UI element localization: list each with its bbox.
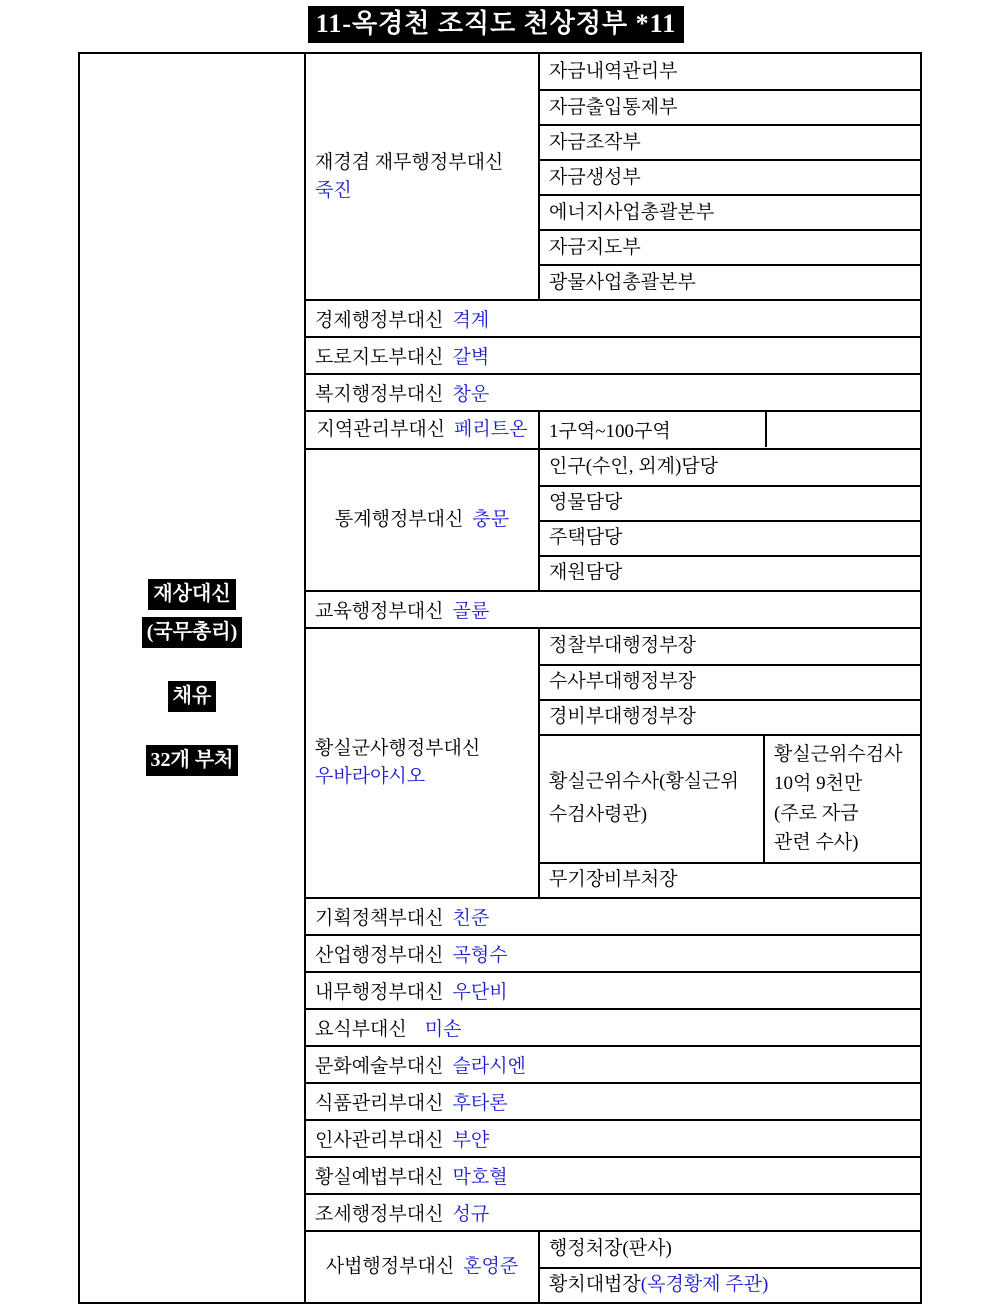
section-personnel: 인사관리부대신 부얀 [306,1119,920,1156]
ministry-count: 32개 부처 [146,745,239,776]
title-bar: 11-옥경천 조직도 천상정부 *11 [0,6,992,43]
dept-cell: 자금출입통제부 [540,89,920,124]
minister-cell: 도로지도부대신 갈벽 [306,338,920,373]
dept-cell: 무기장비부처장 [540,862,920,897]
minister-title: 사법행정부대신 [326,1253,454,1281]
minister-name: 슬라시엔 [452,1051,525,1078]
minister-title: 교육행정부대신 [315,596,443,623]
page-title: 11-옥경천 조직도 천상정부 *11 [308,6,684,43]
minister-name: 골륜 [452,596,489,623]
minister-cell: 조세행정부대신 성규 [306,1195,920,1230]
minister-name: 막호혈 [452,1162,507,1189]
minister-name: 죽진 [315,177,529,205]
minister-title: 조세행정부대신 [315,1199,443,1226]
minister-cell: 통계행정부대신 충문 [306,450,540,590]
dept-stack: 인구(수인, 외계)담당 영물담당 주택담당 재원담당 [540,450,920,590]
dept-label: 황치대법장 [549,1272,641,1298]
dept-cell: 행정처장(판사) [540,1232,920,1267]
minister-cell: 황실군사행정부대신 우바라야시오 [306,629,540,897]
minister-title: 도로지도부대신 [315,342,443,369]
minister-name: 혼영준 [463,1253,518,1281]
minister-title: 경제행정부대신 [315,305,443,332]
minister-name: 페리트온 [454,416,527,444]
investigation-row: 황실근위수사(황실근위수검사령관) 황실근위수검사 10억 9천만 (주로 자금… [540,734,920,862]
minister-cell: 복지행정부대신 창운 [306,375,920,410]
minister-cell: 내무행정부대신 우단비 [306,973,920,1008]
dept-cell: 주택담당 [540,520,920,555]
minister-title: 요식부대신 [315,1014,407,1041]
minister-name: 창운 [452,379,489,406]
dept-stack: 자금내역관리부 자금출입통제부 자금조작부 자금생성부 에너지사업총괄본부 자금… [540,54,920,299]
dept-cell: 자금생성부 [540,159,920,194]
dept-stack: 행정처장(판사) 황치대법장(옥경황제 주관) [540,1232,920,1302]
chancellor-cell: 재상대신 (국무총리) 채유 32개 부처 [80,54,306,1302]
section-education: 교육행정부대신 골륜 [306,590,920,627]
dept-cell: 광물사업총괄본부 [540,264,920,299]
minister-cell: 재경겸 재무행정부대신 죽진 [306,54,540,299]
ministries-column: 재경겸 재무행정부대신 죽진 자금내역관리부 자금출입통제부 자금조작부 자금생… [306,54,920,1302]
minister-name: 곡형수 [452,940,507,967]
section-interior: 내무행정부대신 우단비 [306,971,920,1008]
minister-name: 갈벽 [452,342,489,369]
minister-name: 친준 [452,903,489,930]
minister-name: 후타론 [452,1088,507,1115]
minister-cell: 요식부대신 미손 [306,1010,920,1045]
section-welfare: 복지행정부대신 창운 [306,373,920,410]
minister-cell: 사법행정부대신 혼영준 [306,1232,540,1302]
section-imperial-military: 황실군사행정부대신 우바라야시오 정찰부대행정부장 수사부대행정부장 경비부대행… [306,627,920,897]
minister-name: 성규 [452,1199,489,1226]
section-judicial: 사법행정부대신 혼영준 행정처장(판사) 황치대법장(옥경황제 주관) [306,1230,920,1302]
minister-name: 우바라야시오 [315,763,529,791]
minister-cell: 문화예술부대신 슬라시엔 [306,1047,920,1082]
minister-name: 부얀 [452,1125,489,1152]
zone-range-cell: 1구역~100구역 [540,412,767,447]
minister-cell: 교육행정부대신 골륜 [306,592,920,627]
minister-title: 황실군사행정부대신 [315,735,529,763]
dept-cell: 자금내역관리부 [540,54,920,89]
section-statistics: 통계행정부대신 충문 인구(수인, 외계)담당 영물담당 주택담당 재원담당 [306,448,920,590]
minister-cell: 인사관리부대신 부얀 [306,1121,920,1156]
minister-title: 재경겸 재무행정부대신 [315,149,529,177]
section-culture-arts: 문화예술부대신 슬라시엔 [306,1045,920,1082]
dept-cell: 수사부대행정부장 [540,664,920,699]
minister-cell: 지역관리부대신 페리트온 [306,412,540,448]
minister-cell: 식품관리부대신 후타론 [306,1084,920,1119]
section-planning: 기획정책부대신 친준 [306,897,920,934]
minister-title: 복지행정부대신 [315,379,443,406]
section-finance: 재경겸 재무행정부대신 죽진 자금내역관리부 자금출입통제부 자금조작부 자금생… [306,54,920,299]
dept-cell: 경비부대행정부장 [540,699,920,734]
dept-label-note: (옥경황제 주관) [641,1272,769,1298]
section-economy: 경제행정부대신 격계 [306,299,920,336]
investigation-note: 황실근위수검사 10억 9천만 (주로 자금 관련 수사) [774,740,902,858]
minister-title: 내무행정부대신 [315,977,443,1004]
dept-cell: 황치대법장(옥경황제 주관) [540,1267,920,1302]
minister-title: 황실예법부대신 [315,1162,443,1189]
dept-cell: 자금지도부 [540,229,920,264]
section-imperial-etiquette: 황실예법부대신 막호혈 [306,1156,920,1193]
investigation-note-cell: 황실근위수검사 10억 9천만 (주로 자금 관련 수사) [765,736,920,862]
dept-stack: 정찰부대행정부장 수사부대행정부장 경비부대행정부장 황실근위수사(황실근위수검… [540,629,920,897]
minister-title: 문화예술부대신 [315,1051,443,1078]
minister-title: 산업행정부대신 [315,940,443,967]
minister-cell: 황실예법부대신 막호혈 [306,1158,920,1193]
minister-title: 인사관리부대신 [315,1125,443,1152]
section-regions: 지역관리부대신 페리트온 1구역~100구역 [306,410,920,448]
section-taxation: 조세행정부대신 성규 [306,1193,920,1230]
empty-cell [767,412,920,448]
minister-cell: 경제행정부대신 격계 [306,301,920,336]
section-industry: 산업행정부대신 곡형수 [306,934,920,971]
minister-name: 격계 [452,305,489,332]
chancellor-title: 재상대신 [148,579,235,610]
chancellor-name: 채유 [168,681,217,712]
section-roads: 도로지도부대신 갈벽 [306,336,920,373]
dept-cell: 자금조작부 [540,124,920,159]
minister-title: 식품관리부대신 [315,1088,443,1115]
minister-title: 지역관리부대신 [317,416,445,444]
minister-cell: 산업행정부대신 곡형수 [306,936,920,971]
dept-cell: 인구(수인, 외계)담당 [540,450,920,485]
minister-title: 통계행정부대신 [335,506,463,534]
section-food-management: 식품관리부대신 후타론 [306,1082,920,1119]
dept-cell: 에너지사업총괄본부 [540,194,920,229]
chancellor-subtitle: (국무총리) [142,617,243,648]
investigation-cell: 황실근위수사(황실근위수검사령관) [540,736,765,862]
minister-name: 충문 [472,506,509,534]
dept-cell: 정찰부대행정부장 [540,629,920,664]
minister-title: 기획정책부대신 [315,903,443,930]
minister-name: 우단비 [452,977,507,1004]
minister-name: 미손 [425,1014,462,1041]
section-food-service: 요식부대신 미손 [306,1008,920,1045]
minister-cell: 기획정책부대신 친준 [306,899,920,934]
dept-cell: 재원담당 [540,555,920,590]
dept-cell: 영물담당 [540,485,920,520]
org-table: 재상대신 (국무총리) 채유 32개 부처 재경겸 재무행정부대신 죽진 자금내… [78,52,922,1304]
